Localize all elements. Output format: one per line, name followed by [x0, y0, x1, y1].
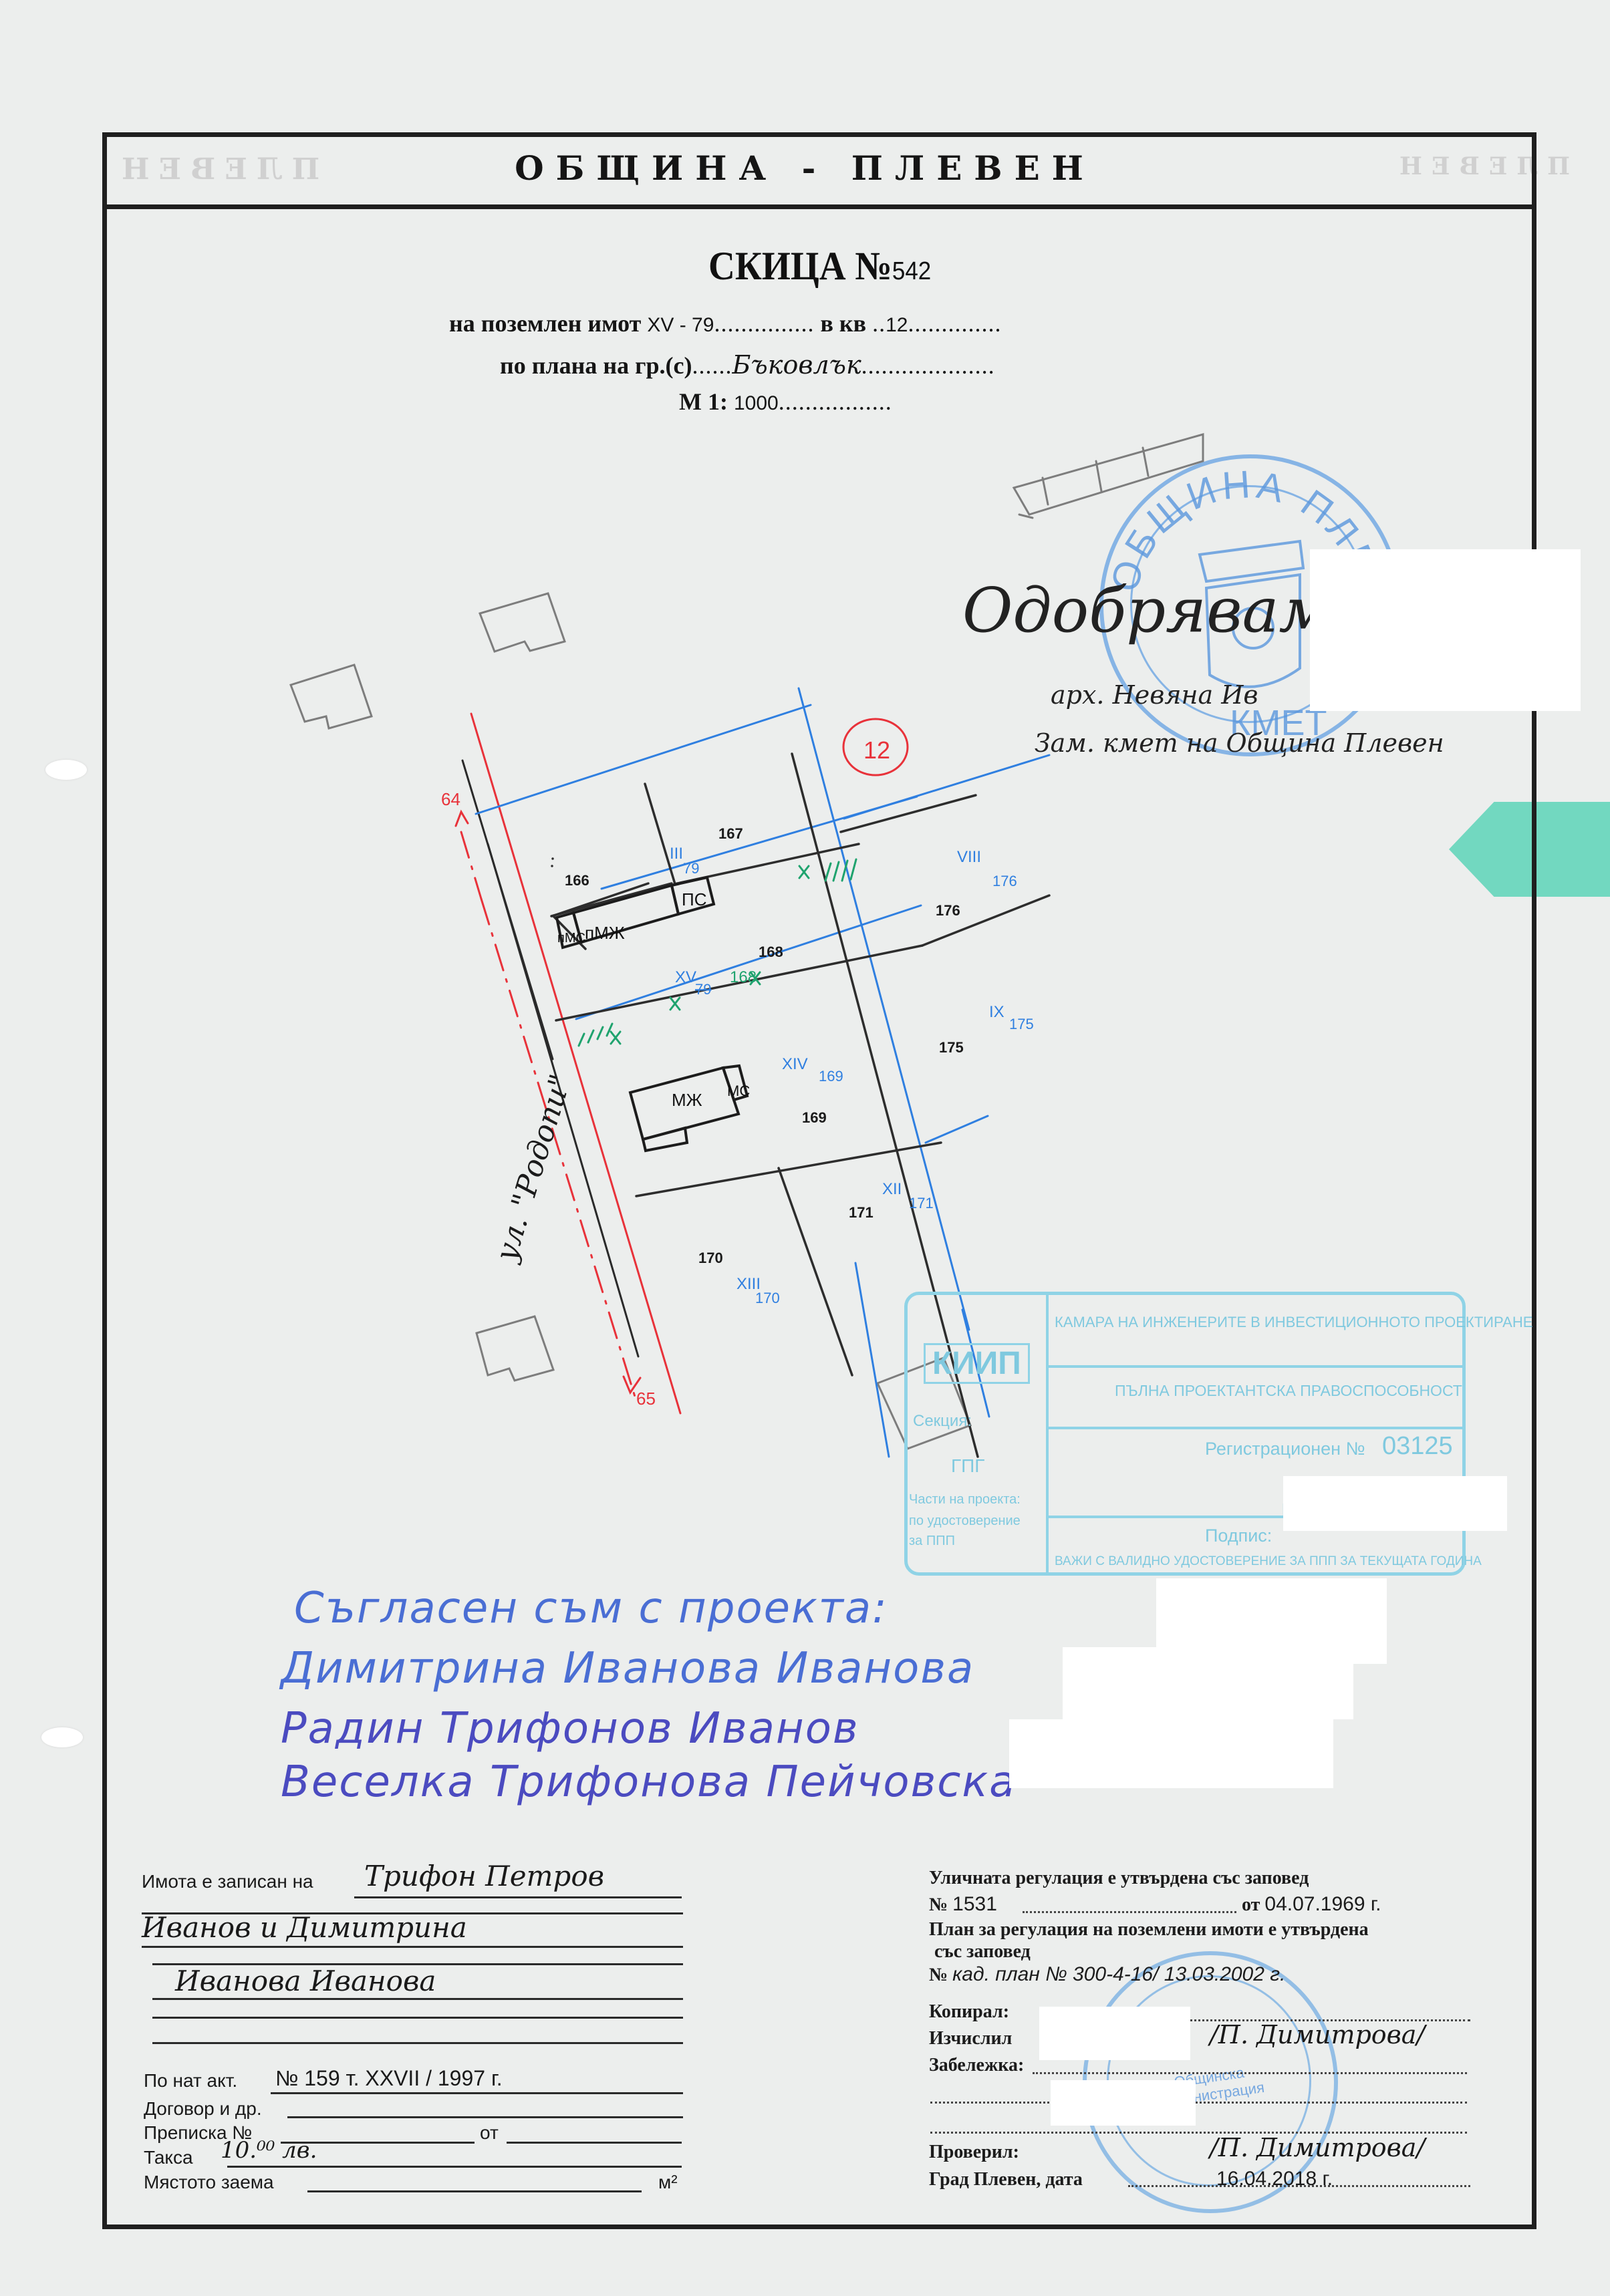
parcel-number: 176: [936, 902, 960, 919]
parcel-number: 167: [718, 825, 743, 842]
underline: [152, 2017, 683, 2019]
upi-label: 79: [683, 860, 699, 877]
deed-value: № 159 т. XXVII / 1997 г.: [275, 2066, 503, 2091]
stamp-reg-label: Регистрационен №: [1205, 1439, 1365, 1459]
building-label: ПС: [682, 889, 706, 909]
number-sign: №: [929, 1894, 948, 1915]
upi-label: 171: [909, 1195, 934, 1211]
building-label: МС: [727, 1083, 750, 1099]
issue-date: 16.04.2018 г.: [1216, 2168, 1333, 2190]
owner-registered-label: Имота е записан на: [142, 1871, 313, 1892]
fee-value: 10.⁰⁰ лв.: [221, 2137, 317, 2164]
stamp-reg-number: 03125: [1382, 1432, 1453, 1461]
owner-line-3: Иванова Иванова: [175, 1965, 436, 1997]
number-sign: №: [929, 1965, 948, 1985]
consent-line-1: Съгласен съм с проекта:: [294, 1584, 888, 1633]
building-label: пМЖ: [585, 923, 625, 943]
note-label: Забележка:: [929, 2055, 1024, 2076]
stamp-section-label: Секция:: [913, 1412, 972, 1431]
redaction-consent-signatures-2: [1063, 1647, 1353, 1719]
upi-label: 169: [819, 1068, 843, 1085]
building-label: МЖ: [672, 1090, 702, 1110]
redaction-consent-signatures-3: [1009, 1719, 1333, 1788]
fee-label: Такса: [144, 2147, 193, 2168]
upi-label: 79: [695, 981, 711, 998]
underline: [152, 1998, 683, 2000]
street-regulation-date-line: от 04.07.1969 г.: [1242, 1893, 1381, 1916]
date-value: 16.04.2018 г.: [1216, 2168, 1333, 2190]
note-field-1[interactable]: [1033, 2072, 1467, 2074]
upi-label: III: [670, 845, 683, 863]
street-regulation-line: № 1531: [929, 1893, 997, 1916]
map-label: 65: [636, 1389, 656, 1409]
parcel-number: 169: [802, 1109, 827, 1126]
cadastral-map: 12 64 65 ул. "Родопи" 166 167 168 169 17…: [0, 0, 1610, 2296]
upi-label: VIII: [957, 848, 981, 866]
stamp-parts-label: Части на проекта:: [909, 1492, 1021, 1508]
area-field[interactable]: [307, 2190, 642, 2192]
transcript-from-label: от: [480, 2122, 499, 2144]
stamp-left-column: [908, 1295, 1049, 1572]
street-regulation-number: 1531: [952, 1893, 997, 1915]
consent-line-3: Радин Трифонов Иванов: [281, 1704, 859, 1753]
map-label: ул. "Родопи": [489, 1070, 578, 1266]
parcel-number: 168: [759, 944, 783, 960]
stamp-signature-label: Подпис:: [1205, 1526, 1272, 1546]
checked-value: /П. Димитрова/: [1210, 2133, 1425, 2162]
stamp-logo: КИИП: [924, 1343, 1030, 1384]
plan-regulation-label-2: със заповед: [934, 1941, 1031, 1963]
upi-label: 175: [1009, 1016, 1034, 1032]
parcel-number: 175: [939, 1039, 964, 1056]
redaction-checker-signature: [1051, 2080, 1196, 2126]
parcel-number: 166: [565, 872, 589, 889]
redaction-copied-signature: [1039, 2007, 1190, 2060]
consent-line-4: Веселка Трифонова Пейчовска: [281, 1757, 1017, 1807]
deed-label: По нат акт.: [144, 2070, 237, 2092]
stamp-chamber-name: КАМАРА НА ИНЖЕНЕРИТЕ В ИНВЕСТИЦИОННОТО П…: [1055, 1314, 1532, 1331]
note-field-2[interactable]: [930, 2102, 1467, 2104]
upi-label: XIV: [782, 1055, 808, 1073]
from-label: от: [1242, 1894, 1260, 1915]
area-unit: м²: [658, 2172, 678, 2193]
plan-regulation-line: № кад. план № 300-4-16/ 13.03.2002 г.: [929, 1963, 1285, 1986]
stamp-parts-value-2: за ППП: [909, 1534, 955, 1549]
stamp-section-value: ГПГ: [951, 1455, 984, 1477]
engineer-chamber-stamp: КАМАРА НА ИНЖЕНЕРИТЕ В ИНВЕСТИЦИОННОТО П…: [904, 1292, 1466, 1576]
dotted-fill: [1023, 1911, 1236, 1913]
upi-label: XV: [675, 968, 696, 986]
computed-label: Изчислил: [929, 2028, 1012, 2049]
upi-label: XII: [882, 1180, 902, 1198]
upi-label: IX: [989, 1003, 1004, 1021]
underline: [227, 2166, 682, 2168]
upi-label: 170: [755, 1290, 780, 1306]
plan-regulation-label: План за регулация на поземлени имоти е у…: [929, 1919, 1369, 1941]
redaction-engineer-signature: [1283, 1476, 1507, 1531]
contract-label: Договор и др.: [144, 2098, 262, 2120]
upi-label: 168: [730, 968, 757, 986]
copied-label: Копирал:: [929, 2001, 1009, 2023]
map-label: 64: [441, 789, 460, 809]
upi-label: 176: [992, 873, 1017, 889]
owner-line-1: Трифон Петров: [364, 1860, 604, 1892]
contract-field[interactable]: [287, 2116, 683, 2118]
owner-line-2: Иванов и Димитрина: [142, 1911, 467, 1944]
city-date-label: Град Плевен, дата: [929, 2169, 1083, 2190]
underline: [152, 2042, 683, 2044]
stamp-footer: ВАЖИ С ВАЛИДНО УДОСТОВЕРЕНИЕ ЗА ППП ЗА Т…: [1055, 1554, 1482, 1569]
street-regulation-label: Уличната регулация е утвърдена със запов…: [929, 1868, 1309, 1889]
street-regulation-date: 04.07.1969 г.: [1264, 1893, 1381, 1915]
consent-line-2: Димитрина Иванова Иванова: [281, 1644, 974, 1693]
stamp-capacity: ПЪЛНА ПРОЕКТАНТСКА ПРАВОСПОСОБНОСТ: [1115, 1382, 1462, 1400]
building-label: пМС: [557, 931, 585, 946]
map-label: 12: [863, 736, 890, 764]
computed-value: /П. Димитрова/: [1210, 2020, 1425, 2049]
stamp-parts-value-1: по удостоверение: [909, 1514, 1021, 1529]
parcel-number: 170: [698, 1250, 723, 1266]
area-label: Мястото заема: [144, 2172, 274, 2193]
parcel-number: 171: [849, 1204, 874, 1221]
underline: [354, 1896, 682, 1898]
transcript-date-field[interactable]: [507, 2142, 682, 2144]
underline: [271, 2092, 683, 2094]
checked-label: Проверил:: [929, 2142, 1019, 2163]
plan-regulation-value: кад. план № 300-4-16/ 13.03.2002 г.: [952, 1963, 1285, 1985]
underline: [142, 1946, 683, 1948]
stamp-row: [1046, 1295, 1462, 1368]
